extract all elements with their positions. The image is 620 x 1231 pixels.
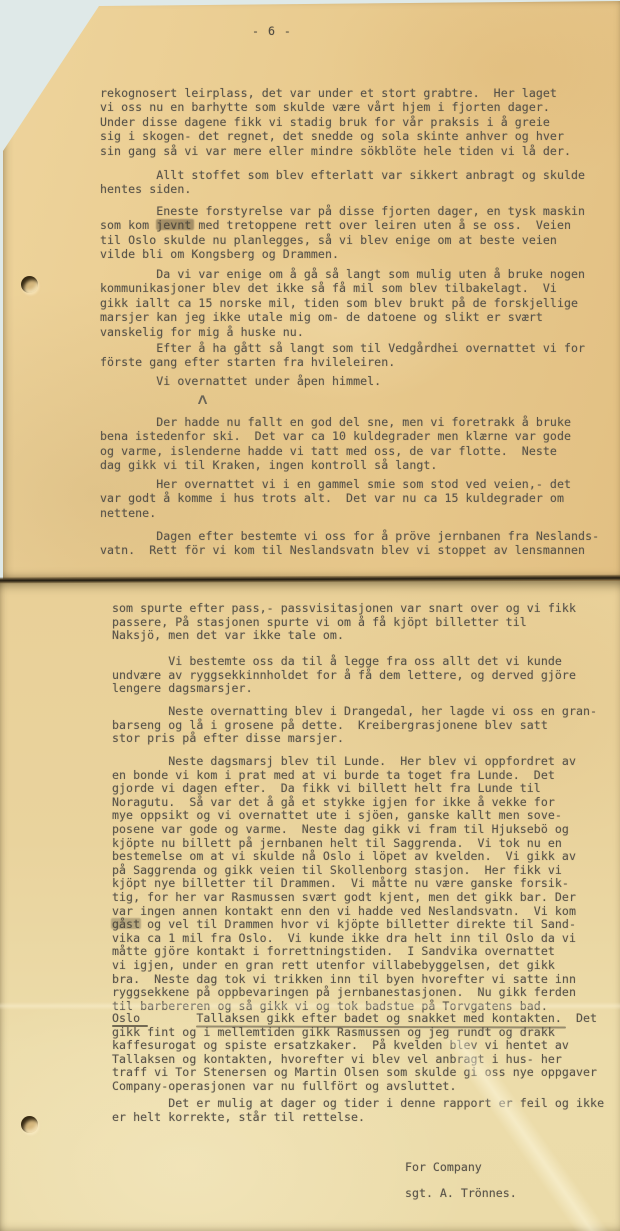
paragraph: Eneste forstyrelse var på disse fjorten … [100,204,585,262]
paragraph: som spurte efter pass,- passvisitasjonen… [112,602,576,643]
oslo-underline [112,1025,148,1027]
paragraph: Vi bestemte oss da til å legge fra oss a… [112,655,576,696]
punch-hole [21,1116,38,1133]
paragraph: Allt stoffet som blev efterlatt var sikk… [100,168,585,197]
signature-name: sgt. A. Trönnes. [405,1186,517,1200]
signature-company: For Company [405,1160,482,1174]
paragraph: Neste overnatting blev i Drangedal, her … [112,705,597,746]
paragraph: rekognosert leirplass, det var under et … [100,86,571,158]
paragraph: Her overnattet vi i en gammel smie som s… [100,477,571,520]
sentence-underline [196,1025,566,1028]
overtyped-word-smudge [111,918,141,929]
paper-crease [0,1002,620,1010]
paragraph: Der hadde nu fallt en god del sne, men v… [100,415,571,473]
paragraph: Vi overnattet under åpen himmel. [100,374,381,388]
punch-hole [21,276,38,293]
paragraph: Da vi var enige om å gå så langt som mul… [100,267,585,339]
paragraph: Efter å ha gått så langt som til Vedgård… [100,341,585,370]
paragraph: Dagen efter bestemte vi oss for å pröve … [100,529,599,558]
overtyped-word-smudge [156,219,194,230]
page-number: - 6 - [252,24,292,38]
paper-crease [420,1040,620,1231]
document-scan: - 6 - rekognosert leirplass, det var und… [0,0,620,1231]
paragraph: Neste dagsmarsj blev til Lunde. Her blev… [112,755,576,1013]
handwritten-caret-mark: ∧ [196,390,209,408]
